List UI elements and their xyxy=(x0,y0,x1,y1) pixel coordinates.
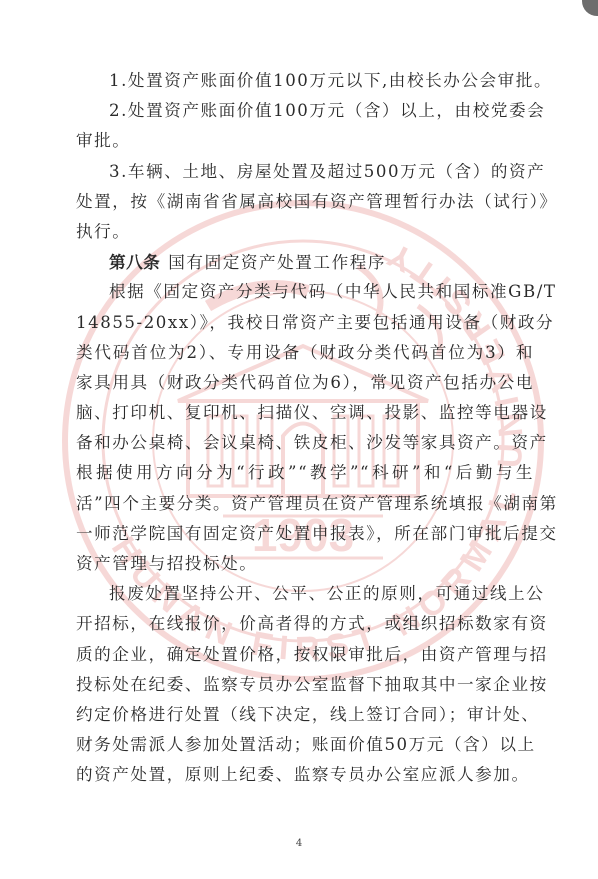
paragraph-line: 审批。 xyxy=(76,126,534,156)
paragraph-line: 3.车辆、土地、房屋处置及超过500万元（含）的资产 xyxy=(76,157,534,187)
article-title: 国有固定资产处置工作程序 xyxy=(168,253,386,272)
paragraph-line: 执行。 xyxy=(76,217,534,247)
paragraph-line: 类代码首位为2）、专用设备（财政分类代码首位为3）和 xyxy=(76,338,534,368)
paragraph-line: 家具用具（财政分类代码首位为6），常见资产包括办公电 xyxy=(76,368,534,398)
paragraph-line: 备和办公桌椅、会议桌椅、铁皮柜、沙发等家具资产。资产 xyxy=(76,428,534,458)
paragraph-line: 根据《固定资产分类与代码（中华人民共和国标准GB/T xyxy=(76,277,534,307)
paragraph-line: 财务处需派人参加处置活动；账面价值50万元（含）以上 xyxy=(76,730,534,760)
paragraph-line: 根据使用方向分为“行政”“教学”“科研”和“后勤与生 xyxy=(76,458,534,488)
page-number: 4 xyxy=(0,838,598,849)
document-body: 1.处置资产账面价值100万元以下,由校长办公会审批。2.处置资产账面价值100… xyxy=(76,66,534,791)
paragraph-line: 脑、打印机、复印机、扫描仪、空调、投影、监控等电器设 xyxy=(76,398,534,428)
paragraph-line: 报废处置坚持公开、公平、公正的原则，可通过线上公 xyxy=(76,579,534,609)
paragraph-line: 质的企业，确定处置价格，按权限审批后，由资产管理与招 xyxy=(76,640,534,670)
paragraph-line: 14855-20xx）》，我校日常资产主要包括通用设备（财政分 xyxy=(76,308,534,338)
paragraph-line: 一师范学院国有固定资产处置申报表》，所在部门审批后提交 xyxy=(76,519,534,549)
paragraph-line: 活”四个主要分类。资产管理员在资产管理系统填报《湖南第 xyxy=(76,489,534,519)
paragraph-line: 2.处置资产账面价值100万元（含）以上，由校党委会 xyxy=(76,96,534,126)
article-number: 第八条 xyxy=(109,252,160,272)
paragraph-line: 约定价格进行处置（线下决定，线上签订合同）；审计处、 xyxy=(76,700,534,730)
paragraph-line: 开招标，在线报价，价高者得的方式，或组织招标数家有资 xyxy=(76,609,534,639)
paragraph-line: 处置，按《湖南省省属高校国有资产管理暂行办法（试行）》 xyxy=(76,187,534,217)
paragraph-line: 投标处在纪委、监察专员办公室监督下抽取其中一家企业按 xyxy=(76,670,534,700)
paragraph-line: 的资产处置，原则上纪委、监察专员办公室应派人参加。 xyxy=(76,760,534,790)
paragraph-line: 资产管理与招投标处。 xyxy=(76,549,534,579)
article-heading: 第八条国有固定资产处置工作程序 xyxy=(76,247,534,277)
paragraph-line: 1.处置资产账面价值100万元以下,由校长办公会审批。 xyxy=(76,66,534,96)
corner-scroll-indicator xyxy=(582,0,598,16)
